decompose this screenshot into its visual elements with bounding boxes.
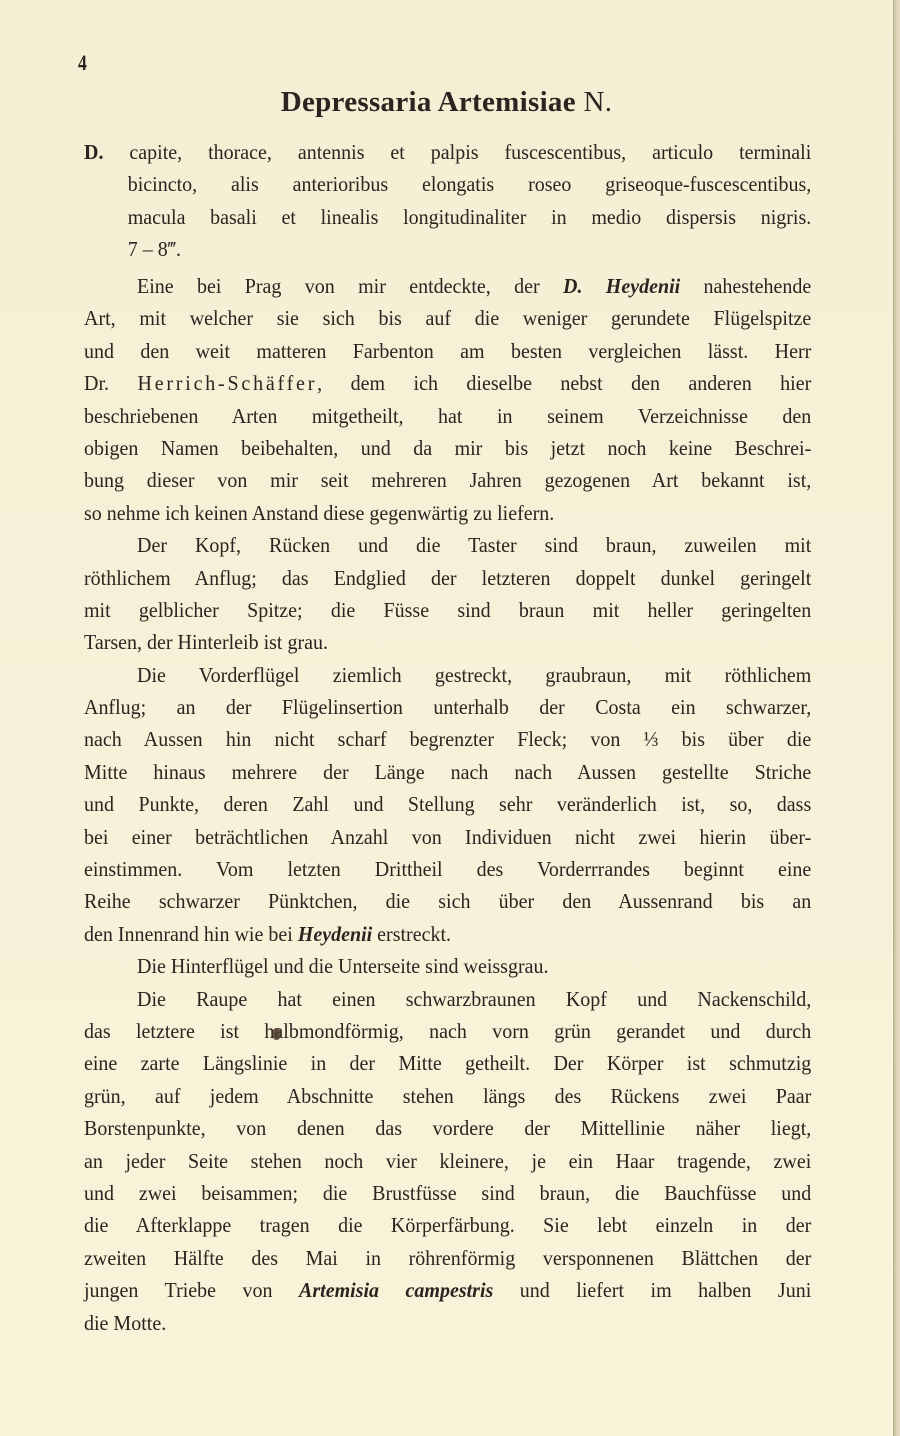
diagnosis-line: macula basali et linealis longitudinalit… (84, 201, 811, 233)
text-line: bei einer beträchtlichen Anzahl von Indi… (84, 821, 811, 853)
text-line: nach Aussen hin nicht scharf begrenzter … (84, 723, 811, 755)
paragraph-hindwings: Die Hinterflügel und die Unterseite sind… (84, 950, 811, 982)
latin-diagnosis: D. capite, thorace, antennis et palpis f… (84, 136, 811, 266)
text-line: obigen Namen beibehalten, und da mir bis… (84, 432, 811, 464)
diagnosis-line: bicincto, alis anterioribus elongatis ro… (84, 168, 811, 200)
text-line: mit gelblicher Spitze; die Füsse sind br… (84, 594, 811, 626)
text-line: das letztere ist halbmondförmig, nach vo… (84, 1015, 811, 1047)
text-line: röthlichem Anflug; das Endglied der letz… (84, 562, 811, 594)
taxon-name: Heydenii (298, 922, 372, 946)
text-line: Art, mit welcher sie sich bis auf die we… (84, 302, 811, 334)
text-line: Anflug; an der Flügelinsertion unterhalb… (84, 691, 811, 723)
text-line: Eine bei Prag von mir entdeckte, der D. … (84, 270, 811, 302)
text-line: zweiten Hälfte des Mai in röhrenförmig v… (84, 1242, 811, 1274)
text-line: Mitte hinaus mehrere der Länge nach nach… (84, 756, 811, 788)
text-line: die Motte. (84, 1307, 811, 1339)
title-suffix: N. (583, 86, 612, 118)
text-line: Die Hinterflügel und die Unterseite sind… (84, 950, 811, 982)
page-number: 4 (78, 50, 87, 76)
text-line: so nehme ich keinen Anstand diese gegenw… (84, 497, 811, 529)
text-line: eine zarte Längslinie in der Mitte gethe… (84, 1047, 811, 1079)
text-line: an jeder Seite stehen noch vier kleinere… (84, 1145, 811, 1177)
text-line: Dr. Herrich-Schäffer, dem ich dieselbe n… (84, 367, 811, 399)
paragraph-forewings: Die Vorderflügel ziemlich gestreckt, gra… (84, 659, 811, 951)
text-line: Die Raupe hat einen schwarzbraunen Kopf … (84, 983, 811, 1015)
species-title: Depressaria Artemisiae N. (0, 86, 893, 119)
text-line: bung dieser von mir seit mehreren Jahren… (84, 464, 811, 496)
ink-stain (272, 1028, 281, 1040)
taxon-name: D. Heydenii (563, 274, 680, 298)
paragraph-intro: Eine bei Prag von mir entdeckte, der D. … (84, 270, 811, 529)
text-line: und den weit matteren Farbenton am beste… (84, 335, 811, 367)
text-line: Reihe schwarzer Pünktchen, die sich über… (84, 885, 811, 917)
text-line: und zwei beisammen; die Brustfüsse sind … (84, 1177, 811, 1209)
diagnosis-size: 7 – 8‴. (84, 233, 811, 265)
diagnosis-line: D. capite, thorace, antennis et palpis f… (84, 136, 811, 168)
paragraph-head: Der Kopf, Rücken und die Taster sind bra… (84, 529, 811, 659)
text-line: beschriebenen Arten mitgetheilt, hat in … (84, 400, 811, 432)
text-line: einstimmen. Vom letzten Drittheil des Vo… (84, 853, 811, 885)
text-line: die Afterklappe tragen die Körperfärbung… (84, 1209, 811, 1241)
page-edge (893, 0, 900, 1436)
text-line: den Innenrand hin wie bei Heydenii erstr… (84, 918, 811, 950)
text-line: Die Vorderflügel ziemlich gestreckt, gra… (84, 659, 811, 691)
text-line: grün, auf jedem Abschnitte stehen längs … (84, 1080, 811, 1112)
paragraph-larva: Die Raupe hat einen schwarzbraunen Kopf … (84, 983, 811, 1339)
text-line: und Punkte, deren Zahl und Stellung sehr… (84, 788, 811, 820)
text-line: jungen Triebe von Artemisia campestris u… (84, 1274, 811, 1306)
taxon-name: Artemisia campestris (299, 1278, 493, 1302)
text-line: Borstenpunkte, von denen das vordere der… (84, 1112, 811, 1144)
german-description: Eine bei Prag von mir entdeckte, der D. … (84, 270, 811, 1339)
title-name: Depressaria Artemisiae (281, 86, 576, 118)
scanned-page: 4 Depressaria Artemisiae N. D. capite, t… (0, 0, 893, 1436)
author-name: Herrich-Schäffer (137, 371, 317, 395)
text-line: Der Kopf, Rücken und die Taster sind bra… (84, 529, 811, 561)
text-line: Tarsen, der Hinterleib ist grau. (84, 626, 811, 658)
diagnosis-abbrev: D. (84, 140, 103, 164)
